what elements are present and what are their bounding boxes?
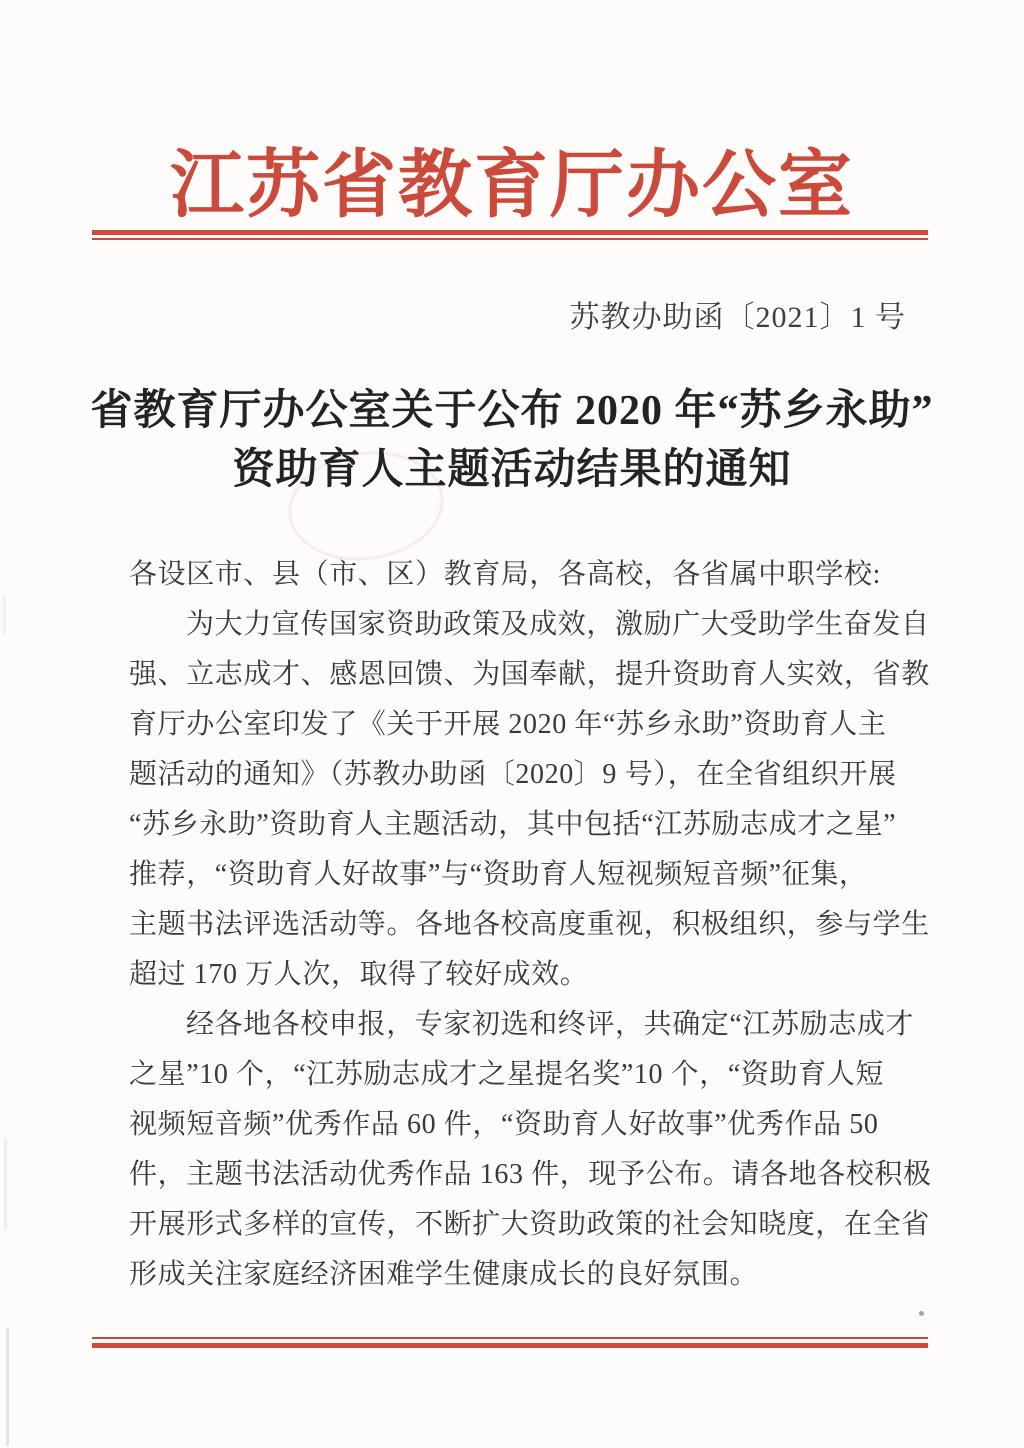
body-line: 推荐，“资助育人好故事”与“资助育人短视频短音频”征集， (129, 850, 909, 900)
body-line: 之星”10 个，“江苏励志成才之星提名奖”10 个，“资助育人短 (129, 1050, 909, 1100)
header-divider (92, 230, 928, 240)
scan-edge-artifact (4, 1138, 7, 1230)
scan-edge-artifact (3, 595, 6, 635)
body-line: 育厅办公室印发了《关于开展 2020 年“苏乡永助”资助育人主 (129, 700, 909, 750)
header-divider-thick-line (92, 230, 928, 235)
footer-divider-thick-line (92, 1343, 928, 1348)
body-line: 超过 170 万人次，取得了较好成效。 (129, 950, 909, 1000)
body-line: 主题书法评选活动等。各地各校高度重视，积极组织，参与学生 (129, 900, 909, 950)
document-body: 各设区市、县（市、区）教育局，各高校，各省属中职学校: 为大力宣传国家资助政策及… (129, 550, 909, 1300)
body-line: 强、立志成才、感恩回馈、为国奉献，提升资助育人实效，省教 (129, 650, 909, 700)
document-title-line-2: 资助育人主题活动结果的通知 (0, 441, 1024, 500)
body-line-salutation: 各设区市、县（市、区）教育局，各高校，各省属中职学校: (129, 550, 909, 600)
body-line: 为大力宣传国家资助政策及成效，激励广大受助学生奋发自 (129, 600, 909, 650)
document-title: 省教育厅办公室关于公布 2020 年“苏乡永助” 资助育人主题活动结果的通知 (0, 382, 1024, 500)
scan-edge-artifact (6, 1328, 9, 1446)
footer-divider-thin-line (92, 1337, 928, 1339)
scan-speck (919, 1311, 924, 1316)
document-number: 苏教办助函〔2021〕1 号 (570, 292, 907, 336)
header-divider-thin-line (92, 238, 928, 240)
document-title-line-1: 省教育厅办公室关于公布 2020 年“苏乡永助” (0, 382, 1024, 441)
body-line: 经各地各校申报，专家初选和终评，共确定“江苏励志成才 (129, 1000, 909, 1050)
body-line: 件，主题书法活动优秀作品 163 件，现予公布。请各地各校积极 (129, 1150, 909, 1200)
body-line: 题活动的通知》（苏教办助函〔2020〕9 号），在全省组织开展 (129, 750, 909, 800)
body-line: 视频短音频”优秀作品 60 件，“资助育人好故事”优秀作品 50 (129, 1100, 909, 1150)
body-line: 开展形式多样的宣传，不断扩大资助政策的社会知晓度，在全省 (129, 1200, 909, 1250)
document-page: 江苏省教育厅办公室 苏教办助函〔2021〕1 号 省教育厅办公室关于公布 202… (0, 0, 1024, 1448)
body-line: 形成关注家庭经济困难学生健康成长的良好氛围。 (129, 1250, 909, 1300)
body-line: “苏乡永助”资助育人主题活动，其中包括“江苏励志成才之星” (129, 800, 909, 850)
footer-divider (92, 1337, 928, 1348)
agency-letterhead-title: 江苏省教育厅办公室 (0, 126, 1024, 232)
